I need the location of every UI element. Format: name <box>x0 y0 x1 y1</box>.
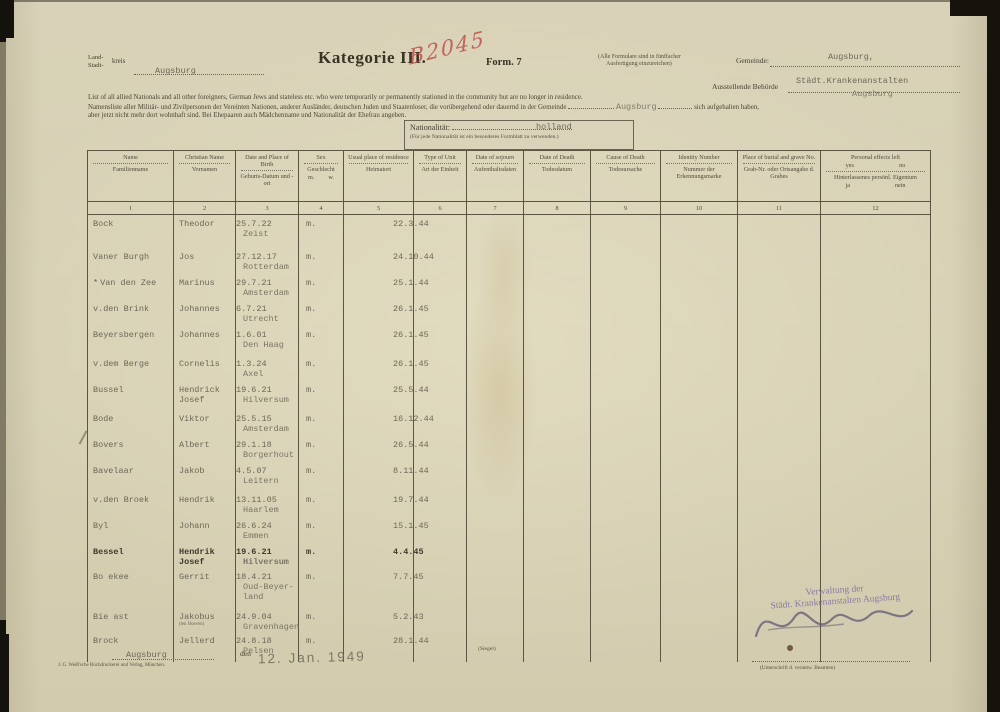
form-number: Form. 7 <box>486 57 522 68</box>
copies-note: (Alle Formulare sind in fünffacher Ausfe… <box>598 54 681 68</box>
cell-empty <box>821 381 931 410</box>
cell-empty <box>821 248 931 274</box>
cell-empty <box>661 274 738 300</box>
cell-vorname: Gerrit <box>174 568 236 608</box>
cell-empty <box>467 326 524 355</box>
vorname: Jellerd <box>179 636 235 646</box>
cell-empty <box>821 517 931 543</box>
cell-empty <box>524 436 591 462</box>
nationality-value: holland <box>536 122 572 132</box>
cell-birth: 25.7.22Zeist <box>236 215 299 248</box>
cell-sex: m. <box>299 300 344 326</box>
scan-corner-top-right <box>950 0 990 16</box>
cell-sex: m. <box>299 608 344 632</box>
birth-place: Oud-Beyer- <box>236 582 298 592</box>
column-header-english: Personal effects left <box>823 154 928 161</box>
column-header: Date of DeathTodesdatum <box>524 151 591 202</box>
cell-birth: 1.3.24Axel <box>236 355 299 381</box>
cell-birth: 1.6.01Den Haag <box>236 326 299 355</box>
cell-empty <box>738 215 821 248</box>
column-header: SexGeschlechtm.w. <box>299 151 344 202</box>
cell-vorname: Jos <box>174 248 236 274</box>
birth-date: 1.6.01 <box>236 330 298 340</box>
column-header: Christian NameVornamen <box>174 151 236 202</box>
column-header-divider <box>419 163 461 164</box>
cell-empty <box>821 410 931 436</box>
surname: v.den Brink <box>93 304 149 314</box>
column-header-sub-label: ja <box>845 182 849 189</box>
sojourn-date: 4.4.45 <box>393 547 424 557</box>
cell-empty <box>467 436 524 462</box>
behoerde-value-line1: Städt.Krankenanstalten <box>796 76 908 86</box>
birth-place: Haarlem <box>236 505 298 515</box>
table-row: v.den BrinkJohannes6.7.21Utrechtm.26.1.4… <box>88 300 931 326</box>
gemeinde-value: Augsburg, <box>828 52 874 62</box>
scan-edge-right <box>987 0 1000 712</box>
footer-place-typed: Augsburg <box>126 650 167 660</box>
birth-date: 13.11.05 <box>236 495 298 505</box>
surname: Bovers <box>93 440 124 450</box>
column-header-sub-label: w. <box>328 174 334 181</box>
cell-empty <box>524 462 591 491</box>
surname: Bessel <box>93 547 124 557</box>
cell-name: Bessel <box>88 543 174 568</box>
scan-edge-top <box>0 0 1000 2</box>
cell-empty <box>467 543 524 568</box>
cell-empty <box>467 462 524 491</box>
surname: Bavelaar <box>93 466 134 476</box>
column-header-divider <box>93 163 168 164</box>
intro-german-tail: sich aufgehalten haben, <box>694 104 759 111</box>
column-number: 2 <box>174 202 236 215</box>
cell-vorname: Johann <box>174 517 236 543</box>
column-header-sub-label: m. <box>308 174 314 181</box>
column-header-english: Christian Name <box>176 154 233 161</box>
cell-empty <box>591 355 661 381</box>
birth-date: 27.12.17 <box>236 252 298 262</box>
column-header-english: Date of Death <box>526 154 588 161</box>
cell-name: Bovers <box>88 436 174 462</box>
column-header: NameFamilienname <box>88 151 174 202</box>
cell-empty <box>738 517 821 543</box>
column-header-english: Date and Place of Birth <box>238 154 296 168</box>
vorname: Jos <box>179 252 235 262</box>
cell-sex: m. <box>299 326 344 355</box>
cell-empty <box>738 543 821 568</box>
cell-sex: m. <box>299 462 344 491</box>
column-number: 6 <box>414 202 467 215</box>
signature-dotted-line <box>752 661 910 662</box>
table-row: BylJohann26.6.24Emmenm.15.1.45 <box>88 517 931 543</box>
cell-sojourn: 15.1.45 <box>414 517 467 543</box>
cell-name: Byl <box>88 517 174 543</box>
column-header-german: Grab-Nr. oder Ortsangabe d. Grabes <box>740 166 818 180</box>
cell-sojourn: 26.1.45 <box>414 300 467 326</box>
column-header-german: Geburts-Datum und -ort <box>238 173 296 187</box>
birth-date: 6.7.21 <box>236 304 298 314</box>
cell-vorname: Cornelis <box>174 355 236 381</box>
cell-sex: m. <box>299 274 344 300</box>
cell-birth: 24.9.04Gravenhagen <box>236 608 299 632</box>
vorname-second: Josef <box>179 395 235 405</box>
cell-empty <box>591 543 661 568</box>
cell-empty <box>821 300 931 326</box>
cell-vorname: Jakob <box>174 462 236 491</box>
column-header-english-sub: yesno <box>823 162 928 169</box>
table-header-row: NameFamiliennameChristian NameVornamenDa… <box>88 151 931 202</box>
cell-empty <box>591 326 661 355</box>
intro-paragraph: List of all allied Nationals and all oth… <box>88 94 928 119</box>
district-value: Augsburg <box>155 66 196 76</box>
vorname: Marinus <box>179 278 235 288</box>
sojourn-date: 8.11.44 <box>393 466 429 476</box>
table-row: Vaner BurghJos27.12.17Rotterdamm.24.10.4… <box>88 248 931 274</box>
cell-name: *Van den Zee <box>88 274 174 300</box>
cell-vorname: Jakobus(ten Hoeven) <box>174 608 236 632</box>
cell-name: Bavelaar <box>88 462 174 491</box>
cell-empty <box>467 568 524 608</box>
table-row: BusselHendrickJosef19.6.21Hilversumm.25.… <box>88 381 931 410</box>
cell-birth: 19.6.21Hilversum <box>236 543 299 568</box>
sojourn-date: 26.1.45 <box>393 304 429 314</box>
behoerde-label: Ausstellende Behörde <box>712 82 778 91</box>
column-header-english: Type of Unit <box>416 154 464 161</box>
cell-name: v.dem Berge <box>88 355 174 381</box>
column-header-divider <box>241 170 293 171</box>
cell-empty <box>524 491 591 517</box>
birth-place: Axel <box>236 369 298 379</box>
cell-vorname: Viktor <box>174 410 236 436</box>
sojourn-date: 19.7.44 <box>393 495 429 505</box>
cell-empty <box>591 410 661 436</box>
cell-vorname: Johannes <box>174 326 236 355</box>
column-number: 1 <box>88 202 174 215</box>
intro-german-line1: Namensliste aller Militär- und Zivilpers… <box>88 102 928 112</box>
column-header-german: Heimatort <box>346 166 411 173</box>
cell-empty <box>591 608 661 632</box>
column-header: Usual place of residenceHeimatort <box>344 151 414 202</box>
column-number: 11 <box>738 202 821 215</box>
birth-place-line2: land <box>236 592 298 602</box>
column-number: 12 <box>821 202 931 215</box>
date-stamp: 12. Jan. 1949 <box>258 649 366 667</box>
copies-note-line1: (Alle Formulare sind in fünffacher <box>598 54 681 61</box>
surname: Brock <box>93 636 119 646</box>
cell-empty <box>821 462 931 491</box>
column-number: 3 <box>236 202 299 215</box>
cell-empty <box>591 274 661 300</box>
surname: Van den Zee <box>100 278 156 288</box>
birth-place: Hilversum <box>236 557 298 567</box>
intro-dotted-gap2 <box>658 102 692 109</box>
handwritten-red-mark: B2045 <box>408 26 486 69</box>
vorname: Johannes <box>179 330 235 340</box>
cell-empty <box>524 355 591 381</box>
cell-empty <box>524 632 591 662</box>
birth-date: 19.6.21 <box>236 547 298 557</box>
birth-place: Leitern <box>236 476 298 486</box>
birth-place: Hilversum <box>236 395 298 405</box>
cell-vorname: Hendrik <box>174 491 236 517</box>
cell-empty <box>467 248 524 274</box>
cell-name: Bie ast <box>88 608 174 632</box>
column-number: 5 <box>344 202 414 215</box>
district-label-stadt: Stadt- <box>88 62 104 70</box>
column-header-english: Name <box>90 154 171 161</box>
cell-empty <box>821 215 931 248</box>
cell-empty <box>524 381 591 410</box>
district-dotted-line <box>134 74 264 75</box>
vorname: Johannes <box>179 304 235 314</box>
surname: Bie ast <box>93 612 129 622</box>
surname: Byl <box>93 521 108 531</box>
nationality-label: Nationalität: <box>410 123 450 132</box>
cell-empty <box>821 326 931 355</box>
cell-sojourn: 8.11.44 <box>414 462 467 491</box>
column-header-english: Date of sojourn <box>469 154 521 161</box>
column-header: Place of burial and grave No.Grab-Nr. od… <box>738 151 821 202</box>
surname: v.den Broek <box>93 495 149 505</box>
table-row: v.den BroekHendrik13.11.05Haarlemm.19.7.… <box>88 491 931 517</box>
cell-empty <box>591 491 661 517</box>
surname: Bode <box>93 414 113 424</box>
birth-place: Amsterdam <box>236 424 298 434</box>
nationality-line: Nationalität: holland <box>410 123 628 133</box>
cell-empty <box>661 491 738 517</box>
cell-empty <box>661 517 738 543</box>
cell-empty <box>738 355 821 381</box>
cell-empty <box>524 543 591 568</box>
cell-empty <box>524 517 591 543</box>
cell-sex: m. <box>299 491 344 517</box>
cell-empty <box>467 410 524 436</box>
cell-empty <box>821 355 931 381</box>
cell-sojourn: 25.1.44 <box>414 274 467 300</box>
cell-birth: 29.1.18Borgerhout <box>236 436 299 462</box>
vorname: Johann <box>179 521 235 531</box>
cell-empty <box>591 248 661 274</box>
cell-empty <box>467 215 524 248</box>
cell-empty <box>661 462 738 491</box>
intro-english: List of all allied Nationals and all oth… <box>88 94 928 102</box>
vorname: Jakob <box>179 466 235 476</box>
cell-empty <box>524 568 591 608</box>
scan-corner-top-left <box>0 0 14 38</box>
vorname-note: (ten Hoeven) <box>179 622 235 627</box>
cell-empty <box>467 517 524 543</box>
district-label-land: Land- <box>88 54 104 62</box>
birth-date: 24.8.18 <box>236 636 298 646</box>
cell-empty <box>524 248 591 274</box>
vorname: Hendrick <box>179 385 235 395</box>
footer-den-label: den <box>240 649 251 658</box>
cell-name: Beyersbergen <box>88 326 174 355</box>
surname: Beyersbergen <box>93 330 154 340</box>
cell-empty <box>661 326 738 355</box>
cell-empty <box>821 436 931 462</box>
column-header-german: Familienname <box>90 166 171 173</box>
intro-german-line2: aber jetzt nicht mehr dort wohnhaft sind… <box>88 112 928 120</box>
birth-date: 29.7.21 <box>236 278 298 288</box>
scanned-document-page: Land- Stadt- kreis Augsburg Kategorie II… <box>0 0 1000 712</box>
sojourn-date: 25.1.44 <box>393 278 429 288</box>
surname: Bock <box>93 219 113 229</box>
birth-place: Den Haag <box>236 340 298 350</box>
cell-sojourn: 22.3.44 <box>414 215 467 248</box>
cell-vorname: Marinus <box>174 274 236 300</box>
cell-empty <box>467 608 524 632</box>
column-header: Date and Place of BirthGeburts-Datum und… <box>236 151 299 202</box>
column-header-german-sub: janein <box>823 182 928 189</box>
birth-date: 25.7.22 <box>236 219 298 229</box>
paper-background: Land- Stadt- kreis Augsburg Kategorie II… <box>0 0 1000 712</box>
column-header: Cause of DeathTodesursache <box>591 151 661 202</box>
birth-place: Amsterdam <box>236 288 298 298</box>
district-label: Land- Stadt- <box>88 54 104 69</box>
table-row: BoversAlbert29.1.18Borgerhoutm.26.5.44 <box>88 436 931 462</box>
column-header-divider <box>349 163 408 164</box>
column-number: 8 <box>524 202 591 215</box>
cell-empty <box>661 381 738 410</box>
sojourn-date: 15.1.45 <box>393 521 429 531</box>
cell-empty <box>524 608 591 632</box>
cell-sex: m. <box>299 543 344 568</box>
cell-sex: m. <box>299 381 344 410</box>
vorname-second: Josef <box>179 557 235 567</box>
copies-note-line2: Ausfertigung einzureichen) <box>598 61 681 68</box>
cell-name: v.den Brink <box>88 300 174 326</box>
cell-empty <box>738 326 821 355</box>
column-header-divider <box>179 163 230 164</box>
column-header-divider <box>666 163 732 164</box>
cell-empty <box>467 355 524 381</box>
column-header-english: Cause of Death <box>593 154 658 161</box>
intro-typed-gemeinde: Augsburg <box>616 102 657 112</box>
sojourn-date: 26.1.45 <box>393 330 429 340</box>
cell-empty <box>591 462 661 491</box>
pencil-star-mark: * <box>93 278 98 288</box>
cell-empty <box>591 436 661 462</box>
cell-name: Bode <box>88 410 174 436</box>
cell-empty <box>524 274 591 300</box>
ink-blot <box>787 645 793 651</box>
cell-empty <box>661 543 738 568</box>
column-header-german: Aufenthaltsdaten <box>469 166 521 173</box>
cell-sex: m. <box>299 517 344 543</box>
gemeinde-label: Gemeinde: <box>736 56 769 65</box>
nationality-note: (Für jede Nationalität ist ein besondere… <box>410 134 628 140</box>
cell-empty <box>738 491 821 517</box>
cell-sex: m. <box>299 410 344 436</box>
cell-sex: m. <box>299 215 344 248</box>
cell-empty <box>467 381 524 410</box>
column-header-divider <box>826 171 925 172</box>
surname: v.dem Berge <box>93 359 149 369</box>
cell-birth: 29.7.21Amsterdam <box>236 274 299 300</box>
cell-birth: 6.7.21Utrecht <box>236 300 299 326</box>
cell-sojourn: 26.1.45 <box>414 355 467 381</box>
birth-place: Gravenhagen <box>236 622 298 632</box>
cell-empty <box>524 215 591 248</box>
table-row: BeyersbergenJohannes1.6.01Den Haagm.26.1… <box>88 326 931 355</box>
cell-empty <box>738 462 821 491</box>
column-number: 7 <box>467 202 524 215</box>
cell-empty <box>467 274 524 300</box>
cell-birth: 19.6.21Hilversum <box>236 381 299 410</box>
birth-date: 25.5.15 <box>236 414 298 424</box>
surname: Vaner Burgh <box>93 252 149 262</box>
cell-name: Vaner Burgh <box>88 248 174 274</box>
cell-empty <box>467 491 524 517</box>
gemeinde-dotted-line <box>770 66 960 67</box>
column-header-english: Place of burial and grave No. <box>740 154 818 161</box>
cell-empty <box>821 274 931 300</box>
table-row: BavelaarJakob4.5.07Leiternm.8.11.44 <box>88 462 931 491</box>
birth-date: 29.1.18 <box>236 440 298 450</box>
table-row: *Van den ZeeMarinus29.7.21Amsterdamm.25.… <box>88 274 931 300</box>
cell-sojourn: 28.1.44 <box>414 632 467 662</box>
column-number: 10 <box>661 202 738 215</box>
column-header-german: Nummer der Erkennungsmarke <box>663 166 735 180</box>
cell-sojourn: 5.2.43 <box>414 608 467 632</box>
cell-birth: 13.11.05Haarlem <box>236 491 299 517</box>
cell-vorname: HendrickJosef <box>174 381 236 410</box>
cell-vorname: HendrikJosef <box>174 543 236 568</box>
cell-empty <box>524 300 591 326</box>
column-header-german: Vornamen <box>176 166 233 173</box>
sojourn-date: 26.5.44 <box>393 440 429 450</box>
cell-sojourn: 24.10.44 <box>414 248 467 274</box>
column-header-divider <box>743 163 815 164</box>
table-row: v.dem BergeCornelis1.3.24Axelm.26.1.45 <box>88 355 931 381</box>
sojourn-date: 26.1.45 <box>393 359 429 369</box>
birth-place: Borgerhout <box>236 450 298 460</box>
signature-note: (Unterschrift d. verantw. Beamten) <box>760 665 835 671</box>
vorname: Hendrik <box>179 495 235 505</box>
birth-date: 1.3.24 <box>236 359 298 369</box>
birth-date: 19.6.21 <box>236 385 298 395</box>
table-row: BockTheodor25.7.22Zeistm.22.3.44 <box>88 215 931 248</box>
cell-birth: 4.5.07Leitern <box>236 462 299 491</box>
vorname: Albert <box>179 440 235 450</box>
table-column-numbers-row: 123456789101112 <box>88 202 931 215</box>
cell-vorname: Johannes <box>174 300 236 326</box>
signature <box>748 596 918 646</box>
cell-sex: m. <box>299 568 344 608</box>
column-header-german: Hinterlassenes persönl. Eigentum <box>823 174 928 181</box>
cell-empty <box>738 436 821 462</box>
column-header: Identity NumberNummer der Erkennungsmark… <box>661 151 738 202</box>
district-label-kreis: kreis <box>112 58 125 65</box>
birth-date: 4.5.07 <box>236 466 298 476</box>
sojourn-date: 5.2.43 <box>393 612 424 622</box>
cell-vorname: Jellerd <box>174 632 236 662</box>
cell-sojourn: 7.7.45 <box>414 568 467 608</box>
birth-place: Zeist <box>236 229 298 239</box>
cell-empty <box>591 215 661 248</box>
column-number: 9 <box>591 202 661 215</box>
column-header: Personal effects leftyesnoHinterlassenes… <box>821 151 931 202</box>
table-row: BesselHendrikJosef19.6.21Hilversumm.4.4.… <box>88 543 931 568</box>
column-header-german: Geschlecht <box>301 166 341 173</box>
column-header-divider <box>596 163 655 164</box>
intro-german-text: Namensliste aller Militär- und Zivilpers… <box>88 104 566 111</box>
cell-empty <box>821 491 931 517</box>
vorname: Theodor <box>179 219 235 229</box>
cell-vorname: Theodor <box>174 215 236 248</box>
sojourn-date: 22.3.44 <box>393 219 429 229</box>
cell-sojourn: 25.5.44 <box>414 381 467 410</box>
